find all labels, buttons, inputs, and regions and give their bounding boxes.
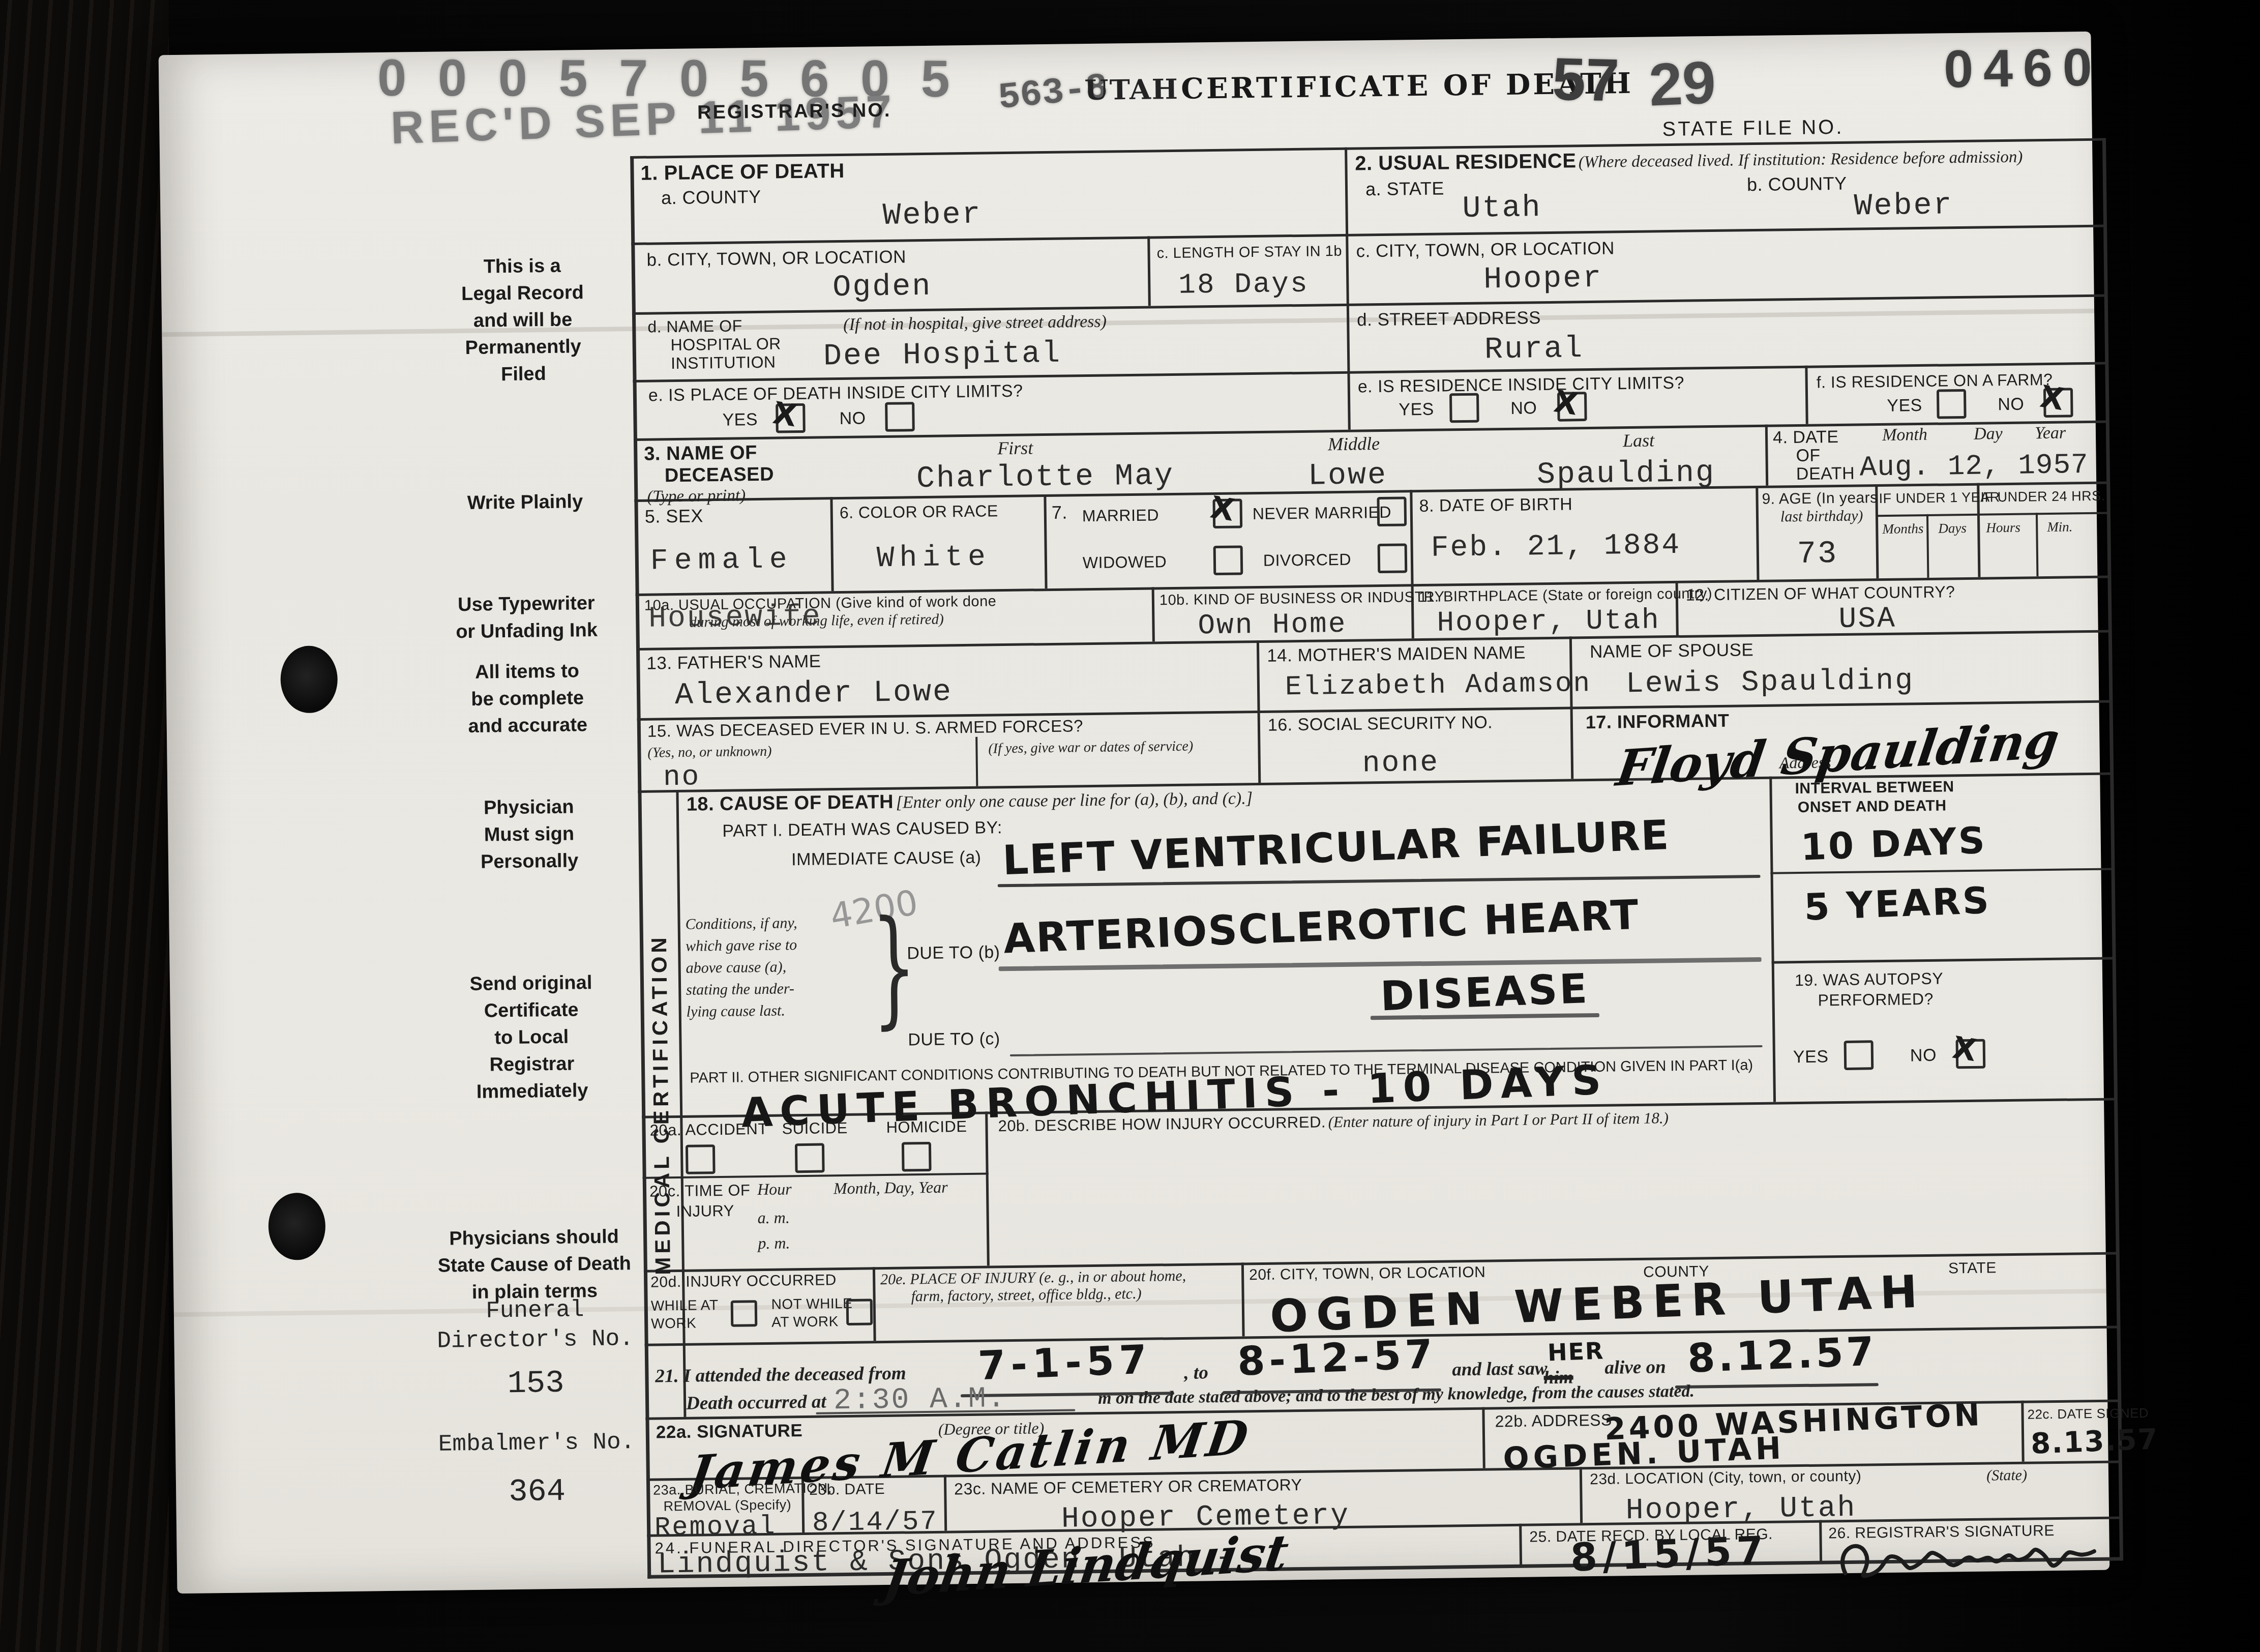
s20d-while-checkbox: [731, 1300, 758, 1327]
s20a-homicide-label: HOMICIDE: [886, 1117, 967, 1137]
s15-note2: (If yes, give war or dates of service): [988, 739, 1193, 757]
hole-punch: [268, 1192, 326, 1260]
s20a-suicide-checkbox: [795, 1143, 825, 1173]
s2f-label: f. IS RESIDENCE ON A FARM?: [1817, 370, 2053, 392]
s2-header: 2. USUAL RESIDENCE (Where deceased lived…: [1355, 144, 2023, 175]
s20d-label: 20d. INJURY OCCURRED: [650, 1272, 837, 1291]
s9-hours-label: Hours: [1986, 520, 2020, 536]
s21-alive-value: 8.12.57: [1687, 1329, 1878, 1381]
s2f-yes-label: YES: [1887, 396, 1922, 416]
grid-line: [1805, 366, 1808, 424]
s9-label1: 9. AGE (In years: [1762, 489, 1878, 508]
s23a-label1: 23a. BURIAL, CREMATION,: [653, 1480, 832, 1498]
margin-write-plainly: Write Plainly: [377, 487, 673, 518]
s4-month-label: Month: [1882, 425, 1927, 445]
s2e-yes-checkbox: [1449, 393, 1479, 423]
state-file-no-label: STATE FILE NO.: [1662, 116, 1843, 141]
grid-line: [1926, 514, 1929, 578]
s2d-value: Rural: [1484, 332, 1584, 367]
registrar-signature-mark: [1832, 1527, 2107, 1586]
s12-label: 12. CITIZEN OF WHAT COUNTRY?: [1686, 582, 1955, 604]
s1c-value: 18 Days: [1178, 268, 1309, 302]
s12-value: USA: [1838, 603, 1896, 636]
s18-part1-label: PART I. DEATH WAS CAUSED BY:: [722, 818, 1002, 841]
s18-cond-line5: lying cause last.: [687, 1002, 786, 1020]
s1d-label1: d. NAME OF: [647, 316, 742, 336]
s4-label2: OF: [1796, 446, 1821, 466]
s21-to-value: 8-12-57: [1237, 1332, 1438, 1385]
book-spine: [0, 0, 169, 1652]
s1e-yes-mark: X: [771, 398, 799, 432]
s1d-value: Dee Hospital: [823, 337, 1062, 374]
grid-line: [1482, 1407, 1485, 1468]
s9-value: 73: [1797, 536, 1838, 572]
s18-cond-line2: which gave rise to: [686, 936, 797, 955]
grid-line: [1756, 486, 1759, 580]
s7-married-mark: X: [1208, 492, 1236, 526]
s23d-label: 23d. LOCATION (City, town, or county): [1590, 1468, 1862, 1489]
photographed-death-certificate: 0005705605 REC'D SEP 11 1957 REGISTRAR'S…: [0, 0, 2260, 1652]
s20a-suicide-label: SUICIDE: [782, 1119, 848, 1138]
file-stamp-29: 29: [1647, 48, 1717, 120]
s20f-label: 20f. CITY, TOWN, OR LOCATION: [1249, 1264, 1486, 1284]
s19-label2: PERFORMED?: [1818, 990, 1934, 1010]
grid-line: [1519, 1524, 1522, 1567]
s18-cause-b-value: Arteriosclerotic Heart: [1002, 891, 1640, 963]
s14-value: Elizabeth Adamson: [1285, 668, 1592, 703]
s20d-notwhile-checkbox: [846, 1299, 873, 1325]
s23d-value: Hooper, Utah: [1625, 1492, 1856, 1528]
s23b-label: 23b. DATE: [809, 1481, 885, 1499]
s7-never-married-label: NEVER MARRIED: [1253, 503, 1392, 523]
s21-aliveon-label: alive on: [1604, 1356, 1666, 1378]
s3-last-value: Spaulding: [1537, 456, 1716, 492]
spouse-value: Lewis Spaulding: [1626, 664, 1915, 701]
s1c-label: c. LENGTH OF STAY IN 1b: [1156, 243, 1342, 262]
s20d-not1: NOT WHILE: [771, 1295, 853, 1313]
s8-label: 8. DATE OF BIRTH: [1419, 494, 1572, 516]
s9-under24-label: IF UNDER 24 HRS.: [1980, 488, 2105, 506]
s1b-value: Ogden: [832, 270, 932, 305]
grid-line: [873, 1267, 876, 1341]
s1e-label: e. IS PLACE OF DEATH INSIDE CITY LIMITS?: [648, 381, 1023, 406]
s13-label: 13. FATHER'S NAME: [646, 651, 821, 673]
grid-line: [1241, 1262, 1245, 1336]
hole-punch: [280, 645, 338, 713]
grid-line: [1771, 868, 2114, 874]
grid-line: [1580, 1467, 1583, 1523]
s10b-value: Own Home: [1198, 608, 1347, 642]
s2b-value: Weber: [1854, 188, 1953, 224]
s20c-am-label: a. m.: [757, 1208, 790, 1227]
s7-never-married-checkbox: [1377, 496, 1407, 526]
s18-cause-b-value2: Disease: [1380, 965, 1590, 1020]
s20d-while1: WHILE AT: [651, 1297, 719, 1314]
s9-label2: last birthday): [1780, 507, 1863, 525]
grid-line: [1410, 490, 1413, 584]
s11-value: Hooper, Utah: [1437, 604, 1660, 639]
s4-value: Aug. 12, 1957: [1859, 449, 2089, 484]
grid-line: [1345, 147, 1351, 430]
s20c-pm-label: p. m.: [758, 1233, 790, 1253]
grid-line: [1819, 1520, 1822, 1563]
certificate-title: UTAH CERTIFICATE OF DEATH: [1084, 67, 1633, 107]
interval-label2: ONSET AND DEATH: [1798, 797, 1947, 816]
s2e-label: e. IS RESIDENCE INSIDE CITY LIMITS?: [1358, 373, 1685, 397]
s21-lastsaw-label: and last saw: [1452, 1358, 1548, 1380]
s7-divorced-label: DIVORCED: [1263, 550, 1351, 570]
s18-cond-line3: above cause (a),: [686, 958, 786, 977]
s21-her-value: her: [1547, 1337, 1604, 1366]
grid-line: [975, 737, 978, 786]
s18-due-c-label: DUE TO (c): [908, 1029, 1000, 1050]
s2f-no-mark: X: [2038, 381, 2066, 416]
s5-label: 5. SEX: [645, 505, 704, 527]
s21-from-value: 7-1-57: [977, 1337, 1153, 1389]
file-stamp-0460: 0460: [1944, 38, 2103, 100]
grid-line: [985, 1112, 990, 1266]
s3-header2: DECEASED: [665, 464, 775, 487]
s1d-note: (If not in hospital, give street address…: [843, 312, 1107, 335]
s19-no-mark: X: [1950, 1032, 1978, 1067]
s1-header: 1. PLACE OF DEATH: [640, 160, 845, 185]
s20a-accident-label: 20a. ACCIDENT: [649, 1120, 768, 1140]
s20e-label: 20e. PLACE OF INJURY (e. g., in or about…: [880, 1267, 1186, 1306]
grid-line: [1769, 777, 1776, 1102]
interval-a-value: 10 Days: [1800, 819, 1987, 869]
s2b-label: b. COUNTY: [1747, 173, 1847, 195]
grid-line: [1876, 512, 2109, 517]
s1d-label3: INSTITUTION: [671, 353, 776, 373]
s20c-label1: 20c. TIME OF: [649, 1181, 751, 1200]
registrars-no-label: REGISTRAR'S NO.: [697, 100, 891, 124]
s22c-value: 8.13.57: [2030, 1423, 2159, 1461]
s20d-while2: WORK: [651, 1315, 696, 1332]
s20c-label2: INJURY: [676, 1202, 734, 1221]
grid-line: [1772, 957, 2115, 963]
s19-no-label: NO: [1910, 1046, 1937, 1066]
grid-line: [1152, 587, 1155, 641]
s7-number: 7.: [1052, 502, 1068, 523]
s23d-state-label: (State): [1986, 1467, 2027, 1485]
s3-first-label: First: [997, 437, 1033, 459]
s18-cond-line1: Conditions, if any,: [685, 914, 797, 933]
s18-due-b-label: DUE TO (b): [907, 942, 1000, 963]
s11-label: 11. BIRTHPLACE (State or foreign country…: [1419, 585, 1712, 606]
s20f-state-label: STATE: [1948, 1259, 1997, 1277]
margin-send-original-note: Send originalCertificate to LocalRegistr…: [383, 968, 680, 1107]
s15-value: no: [663, 760, 701, 793]
s4-label3: DEATH: [1796, 464, 1855, 484]
s2f-no-label: NO: [1998, 395, 2024, 415]
s7-married-label: MARRIED: [1082, 506, 1159, 525]
s2e-yes-label: YES: [1399, 400, 1434, 420]
s20d-not2: AT WORK: [771, 1313, 839, 1331]
s5-value: Female: [650, 543, 794, 578]
s14-label: 14. MOTHER'S MAIDEN NAME: [1267, 643, 1526, 666]
s19-label1: 19. WAS AUTOPSY: [1795, 969, 1943, 990]
certificate-paper: 0005705605 REC'D SEP 11 1957 REGISTRAR'S…: [159, 32, 2110, 1594]
s3-note: (Type or print): [647, 486, 746, 506]
interval-b-value: 5 Years: [1803, 879, 1991, 929]
s2a-value: Utah: [1462, 191, 1542, 226]
s2c-label: c. CITY, TOWN, OR LOCATION: [1356, 238, 1615, 261]
s2c-value: Hooper: [1483, 261, 1603, 298]
s3-header1: 3. NAME OF: [644, 442, 757, 465]
s4-label1: 4. DATE: [1773, 427, 1839, 448]
s21-to-label: , to: [1184, 1362, 1208, 1384]
s1b-label: b. CITY, TOWN, OR LOCATION: [646, 247, 906, 270]
s18-cond-line4: stating the under-: [686, 980, 794, 999]
spouse-label: NAME OF SPOUSE: [1590, 640, 1754, 662]
s7-widowed-label: WIDOWED: [1083, 552, 1167, 572]
s3-last-label: Last: [1623, 429, 1655, 451]
title-state: UTAH: [1084, 73, 1179, 106]
medical-certification-vertical-label: MEDICAL CERTIFICATION: [647, 934, 675, 1275]
s1a-label: a. COUNTY: [661, 186, 761, 209]
s7-widowed-checkbox: [1213, 545, 1243, 575]
margin-physician-note: PhysicianMust sign Personally: [381, 792, 677, 877]
margin-typewriter-note: Use Typewriteror Unfading Ink: [379, 589, 674, 646]
s1a-value: Weber: [882, 198, 982, 233]
s4-day-label: Day: [1974, 424, 2003, 444]
conditions-brace: }: [871, 893, 917, 1041]
s2d-label: d. STREET ADDRESS: [1357, 308, 1541, 330]
s3-middle-value: Lowe: [1308, 458, 1388, 494]
s21-alive-underline: [1675, 1383, 1879, 1389]
s21-rest-label: m on the date stated above; and to the b…: [1098, 1382, 1694, 1408]
s23c-label: 23c. NAME OF CEMETERY OR CREMATORY: [954, 1476, 1302, 1498]
s6-value: White: [876, 541, 991, 575]
s9-min-label: Min.: [2047, 519, 2073, 535]
s9-days-label: Days: [1938, 520, 1967, 537]
s19-yes-label: YES: [1793, 1047, 1829, 1067]
s16-value: none: [1362, 747, 1439, 781]
s1d-label2: HOSPITAL OR: [670, 334, 781, 355]
cause-c-line: [1010, 1045, 1763, 1056]
s19-yes-checkbox: [1844, 1040, 1874, 1070]
s22c-label: 22c. DATE SIGNED: [2027, 1405, 2149, 1423]
s2a-label: a. STATE: [1365, 178, 1444, 200]
s2f-yes-checkbox: [1937, 389, 1967, 419]
s10a-value: Housewife: [648, 600, 822, 635]
s10b-label: 10b. KIND OF BUSINESS OR INDUSTRY: [1159, 589, 1445, 609]
s8-value: Feb. 21, 1884: [1431, 529, 1681, 565]
s20a-accident-checkbox: [686, 1144, 716, 1174]
s16-label: 16. SOCIAL SECURITY NO.: [1268, 713, 1493, 735]
s25-value: 8/15/57: [1569, 1527, 1769, 1580]
s15-label: 15. WAS DECEASED EVER IN U. S. ARMED FOR…: [647, 716, 1083, 741]
s6-label: 6. COLOR OR RACE: [840, 501, 998, 522]
margin-complete-note: All items tobe complete and accurate: [379, 657, 675, 741]
s18-immediate-cause-label: IMMEDIATE CAUSE (a): [791, 848, 982, 870]
cause-b-underline: [999, 957, 1762, 971]
s20c-mdy-label: Month, Day, Year: [834, 1178, 948, 1198]
s2e-no-label: NO: [1510, 398, 1537, 419]
s22b-label: 22b. ADDRESS: [1495, 1411, 1612, 1431]
s2e-no-mark: X: [1552, 386, 1580, 420]
s21-attended-label: 21. I attended the deceased from: [655, 1363, 906, 1388]
s9-months-label: Months: [1882, 521, 1923, 537]
grid-line: [1044, 494, 1047, 588]
s20c-hour-label: Hour: [757, 1179, 792, 1199]
s20a-homicide-checkbox: [902, 1142, 932, 1172]
s17-label: 17. INFORMANT: [1586, 710, 1730, 733]
s7-divorced-checkbox: [1378, 543, 1408, 573]
grid-line: [1765, 425, 1768, 486]
s15-note1: (Yes, no, or unknown): [647, 744, 771, 761]
s1e-yes-label: YES: [722, 410, 758, 430]
s21-death-occurred-label: Death occurred at: [686, 1391, 826, 1414]
s1e-no-checkbox: [885, 402, 915, 432]
s18-cause-a-value: Left Ventricular Failure: [1002, 811, 1671, 884]
s4-year-label: Year: [2035, 424, 2066, 444]
grid-line: [1147, 237, 1151, 306]
grid-line: [2102, 138, 2123, 1561]
s3-first-value: Charlotte May: [916, 459, 1175, 496]
grid-line: [2021, 1401, 2024, 1462]
file-stamp-57: 57: [1552, 45, 1620, 115]
grid-line: [830, 497, 834, 591]
s3-middle-label: Middle: [1328, 433, 1380, 455]
grid-line: [2036, 513, 2039, 576]
margin-legal-record-note: This is aLegal Record and will bePermane…: [374, 251, 671, 390]
s23b-value: 8/14/57: [812, 1507, 939, 1539]
s1e-no-label: NO: [839, 408, 866, 429]
s13-value: Alexander Lowe: [675, 675, 953, 713]
